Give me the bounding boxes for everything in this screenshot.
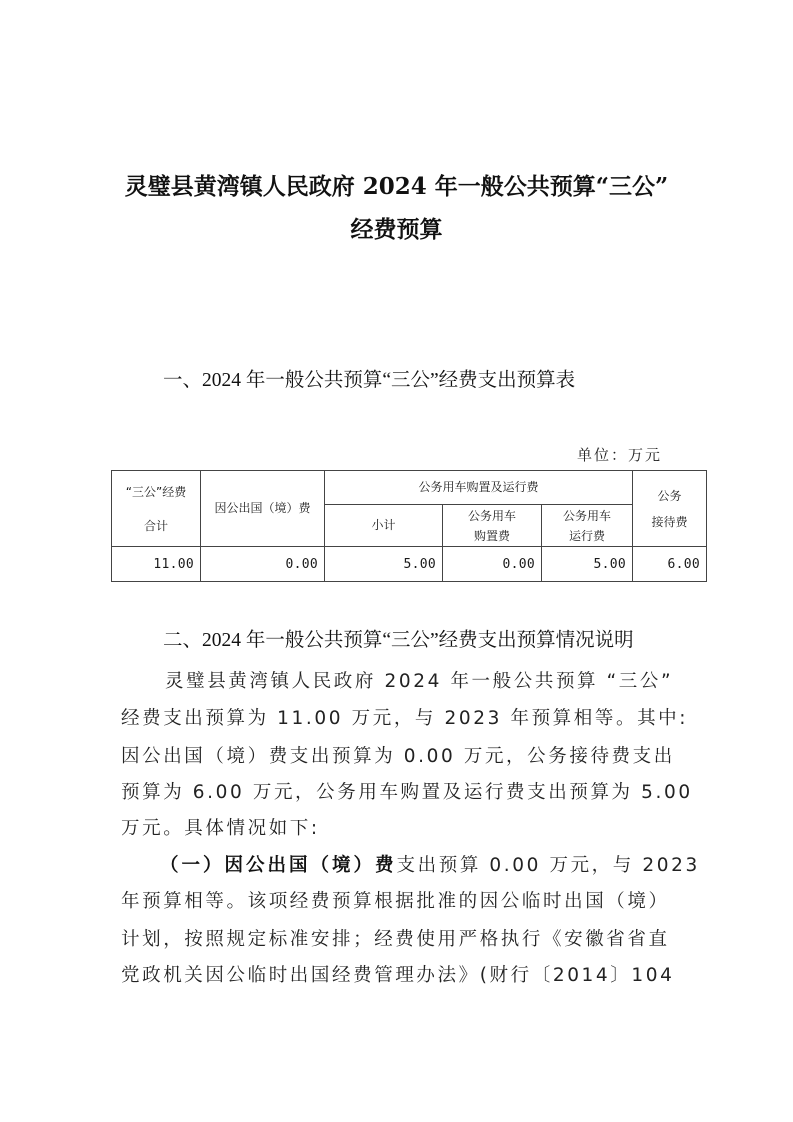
document-page: 灵璧县黄湾镇人民政府 2024 年一般公共预算“三公” 经费预算 一、2024 … (0, 0, 793, 1122)
header-vehicle-operation: 公务用车 运行费 (542, 505, 633, 547)
header-total: “三公”经费 合计 (112, 471, 201, 547)
paragraph-1-line-1: 灵璧县黄湾镇人民政府 2024 年一般公共预算 “三公” (165, 670, 725, 694)
header-vehicle-purchase-line-2: 购置费 (443, 526, 541, 546)
header-vehicle-group: 公务用车购置及运行费 (325, 471, 633, 505)
table-header-row-1: “三公”经费 合计 因公出国（境）费 公务用车购置及运行费 公务 接待费 (112, 471, 707, 505)
subsection-1-line-3: 计划，按照规定标准安排；经费使用严格执行《安徽省省直 (121, 928, 681, 952)
section-1-heading: 一、2024 年一般公共预算“三公”经费支出预算表 (163, 368, 575, 394)
header-reception-line-2: 接待费 (633, 512, 706, 532)
header-vehicle-operation-line-1: 公务用车 (542, 506, 632, 526)
cell-reception: 6.00 (633, 547, 707, 582)
cell-vehicle-subtotal: 5.00 (325, 547, 443, 582)
header-total-line-1: “三公”经费 (112, 482, 200, 502)
paragraph-1-line-5: 万元。具体情况如下: (121, 817, 681, 841)
cell-vehicle-operation: 5.00 (542, 547, 633, 582)
section-2-heading: 二、2024 年一般公共预算“三公”经费支出预算情况说明 (163, 628, 634, 654)
header-vehicle-operation-line-2: 运行费 (542, 526, 632, 546)
subsection-1-line-2: 年预算相等。该项经费预算根据批准的因公临时出国（境） (121, 890, 681, 914)
header-vehicle-purchase: 公务用车 购置费 (443, 505, 542, 547)
cell-total: 11.00 (112, 547, 201, 582)
paragraph-1-line-2: 经费支出预算为 11.00 万元，与 2023 年预算相等。其中: (121, 707, 681, 731)
subsection-1-lead-rest: 支出预算 0.00 万元，与 2023 (397, 855, 700, 876)
cell-vehicle-purchase: 0.00 (443, 547, 542, 582)
subsection-1-lead-line: （一）因公出国（境）费支出预算 0.00 万元，与 2023 (160, 854, 720, 878)
header-total-line-2: 合计 (112, 516, 200, 536)
document-title-line-1: 灵璧县黄湾镇人民政府 2024 年一般公共预算“三公” (0, 172, 793, 202)
header-vehicle-purchase-line-1: 公务用车 (443, 506, 541, 526)
subsection-1-line-4: 党政机关因公临时出国经费管理办法》(财行〔2014〕104 (121, 964, 681, 988)
three-public-budget-table: “三公”经费 合计 因公出国（境）费 公务用车购置及运行费 公务 接待费 小计 … (111, 470, 707, 582)
table-row: 11.00 0.00 5.00 0.00 5.00 6.00 (112, 547, 707, 582)
header-abroad: 因公出国（境）费 (201, 471, 325, 547)
paragraph-1-line-3: 因公出国（境）费支出预算为 0.00 万元，公务接待费支出 (121, 745, 681, 769)
header-vehicle-subtotal: 小计 (325, 505, 443, 547)
document-title-line-2: 经费预算 (0, 215, 793, 245)
cell-abroad: 0.00 (201, 547, 325, 582)
header-reception: 公务 接待费 (633, 471, 707, 547)
subsection-1-heading: （一）因公出国（境）费 (160, 855, 397, 876)
paragraph-1-line-4: 预算为 6.00 万元，公务用车购置及运行费支出预算为 5.00 (121, 781, 681, 805)
header-reception-line-1: 公务 (633, 486, 706, 506)
unit-label: 单位：万元 (577, 444, 662, 465)
